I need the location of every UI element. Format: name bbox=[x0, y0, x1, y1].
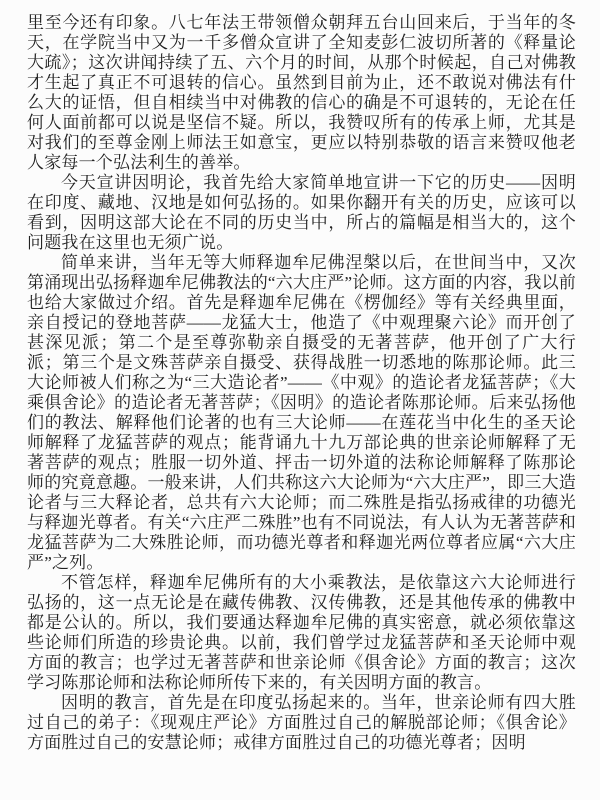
document-page: 里至今还有印象。八七年法王带领僧众朝拜五台山回来后，于当年的冬天，在学院当中又为… bbox=[0, 0, 600, 800]
paragraph-six-masters-consensus: 不管怎样，释迦牟尼佛所有的大小乘教法，是依靠这六大论师进行弘扬的，这一点无论是在… bbox=[27, 573, 576, 693]
paragraph-continuation: 里至今还有印象。八七年法王带领僧众朝拜五台山回来后，于当年的冬天，在学院当中又为… bbox=[27, 13, 576, 173]
paragraph-six-ornaments: 简单来讲，当年无等大师释迦牟尼佛涅槃以后，在世间当中，又次第涌现出弘扬释迦牟尼佛… bbox=[27, 253, 576, 573]
paragraph-history-intro: 今天宣讲因明论，我首先给大家简单地宣讲一下它的历史——因明在印度、藏地、汉地是如… bbox=[27, 173, 576, 253]
paragraph-india-transmission: 因明的教言，首先是在印度弘扬起来的。当年，世亲论师有四大胜过自己的弟子：《现观庄… bbox=[27, 693, 576, 753]
